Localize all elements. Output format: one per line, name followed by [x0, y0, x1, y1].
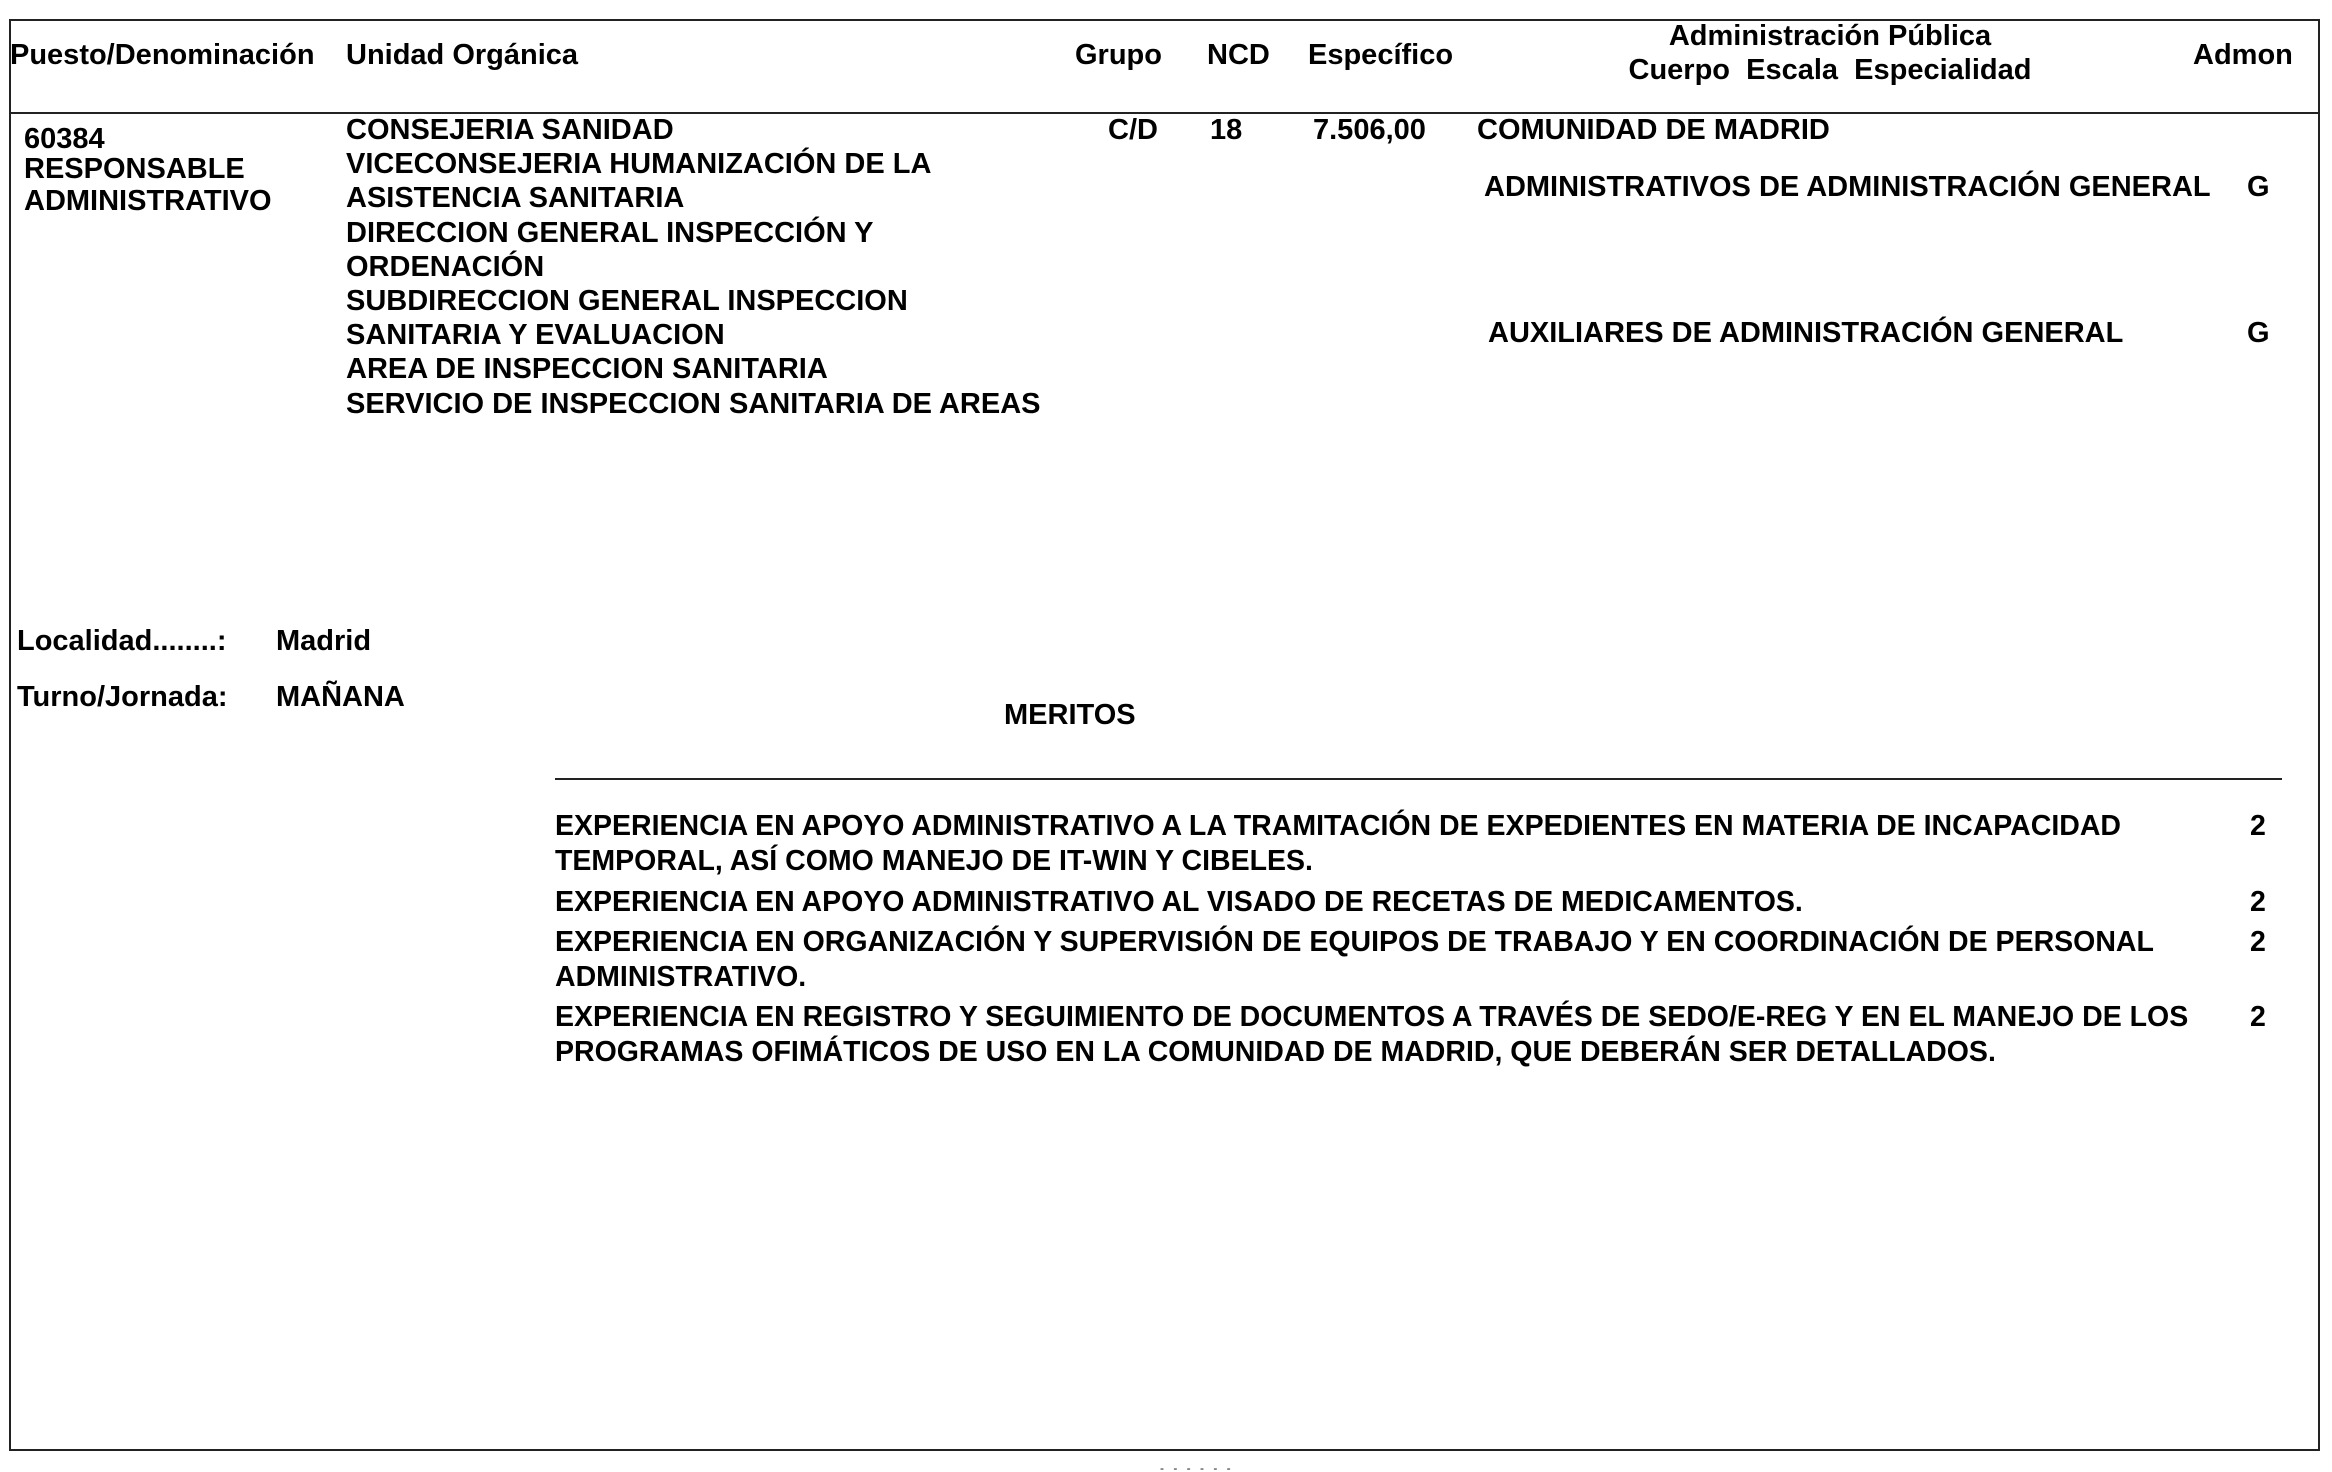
unidad-line: ASISTENCIA SANITARIA [346, 181, 1041, 215]
merit-item: EXPERIENCIA EN APOYO ADMINISTRATIVO A LA… [555, 809, 2235, 878]
page-footer: - - - - - - [1160, 1461, 1234, 1472]
unidad-line: ORDENACIÓN [346, 250, 1041, 284]
cuerpo-admon: G [2247, 170, 2270, 204]
unidad-line: CONSEJERIA SANIDAD [346, 113, 1041, 147]
merit-item: EXPERIENCIA EN ORGANIZACIÓN Y SUPERVISIÓ… [555, 925, 2235, 994]
especifico-value: 7.506,00 [1313, 113, 1426, 147]
header-unidad: Unidad Orgánica [346, 38, 578, 72]
meritos-divider [555, 778, 2282, 780]
administracion-value: COMUNIDAD DE MADRID [1477, 113, 1830, 147]
unidad-line: AREA DE INSPECCION SANITARIA [346, 352, 1041, 386]
header-ncd: NCD [1207, 38, 1270, 72]
position-name-line: RESPONSABLE [24, 152, 272, 186]
unidad-line: VICECONSEJERIA HUMANIZACIÓN DE LA [346, 147, 1041, 181]
header-admin-publica: Administración Pública [1530, 19, 2130, 53]
unidad-line: SERVICIO DE INSPECCION SANITARIA DE AREA… [346, 387, 1041, 421]
merit-points: 2 [2250, 885, 2266, 920]
turno-label: Turno/Jornada: [17, 680, 228, 714]
position-name-line: ADMINISTRATIVO [24, 184, 272, 218]
merit-item: EXPERIENCIA EN APOYO ADMINISTRATIVO AL V… [555, 885, 2235, 920]
position-code: 60384 [24, 122, 272, 156]
header-puesto: Puesto/Denominación [10, 38, 315, 72]
unidad-organica-cell: CONSEJERIA SANIDAD VICECONSEJERIA HUMANI… [346, 113, 1041, 421]
merit-points: 2 [2250, 809, 2266, 844]
position-cell: 60384 RESPONSABLE ADMINISTRATIVO [24, 122, 272, 219]
header-grupo: Grupo [1075, 38, 1162, 72]
cuerpo-name: AUXILIARES DE ADMINISTRACIÓN GENERAL [1488, 316, 2123, 350]
localidad-label: Localidad........: [17, 624, 226, 658]
header-cuerpo-escala: Cuerpo Escala Especialidad [1530, 53, 2130, 87]
unidad-line: DIRECCION GENERAL INSPECCIÓN Y [346, 216, 1041, 250]
cuerpo-admon: G [2247, 316, 2270, 350]
unidad-line: SUBDIRECCION GENERAL INSPECCION [346, 284, 1041, 318]
turno-value: MAÑANA [276, 680, 405, 714]
header-admon: Admon [2193, 38, 2293, 72]
grupo-value: C/D [1108, 113, 1158, 147]
cuerpo-name: ADMINISTRATIVOS DE ADMINISTRACIÓN GENERA… [1484, 170, 2211, 204]
header-especifico: Específico [1308, 38, 1453, 72]
localidad-value: Madrid [276, 624, 371, 658]
unidad-line: SANITARIA Y EVALUACION [346, 318, 1041, 352]
merit-points: 2 [2250, 1000, 2266, 1035]
merit-points: 2 [2250, 925, 2266, 960]
ncd-value: 18 [1210, 113, 1242, 147]
meritos-title: MERITOS [1004, 698, 1136, 732]
merit-item: EXPERIENCIA EN REGISTRO Y SEGUIMIENTO DE… [555, 1000, 2235, 1069]
